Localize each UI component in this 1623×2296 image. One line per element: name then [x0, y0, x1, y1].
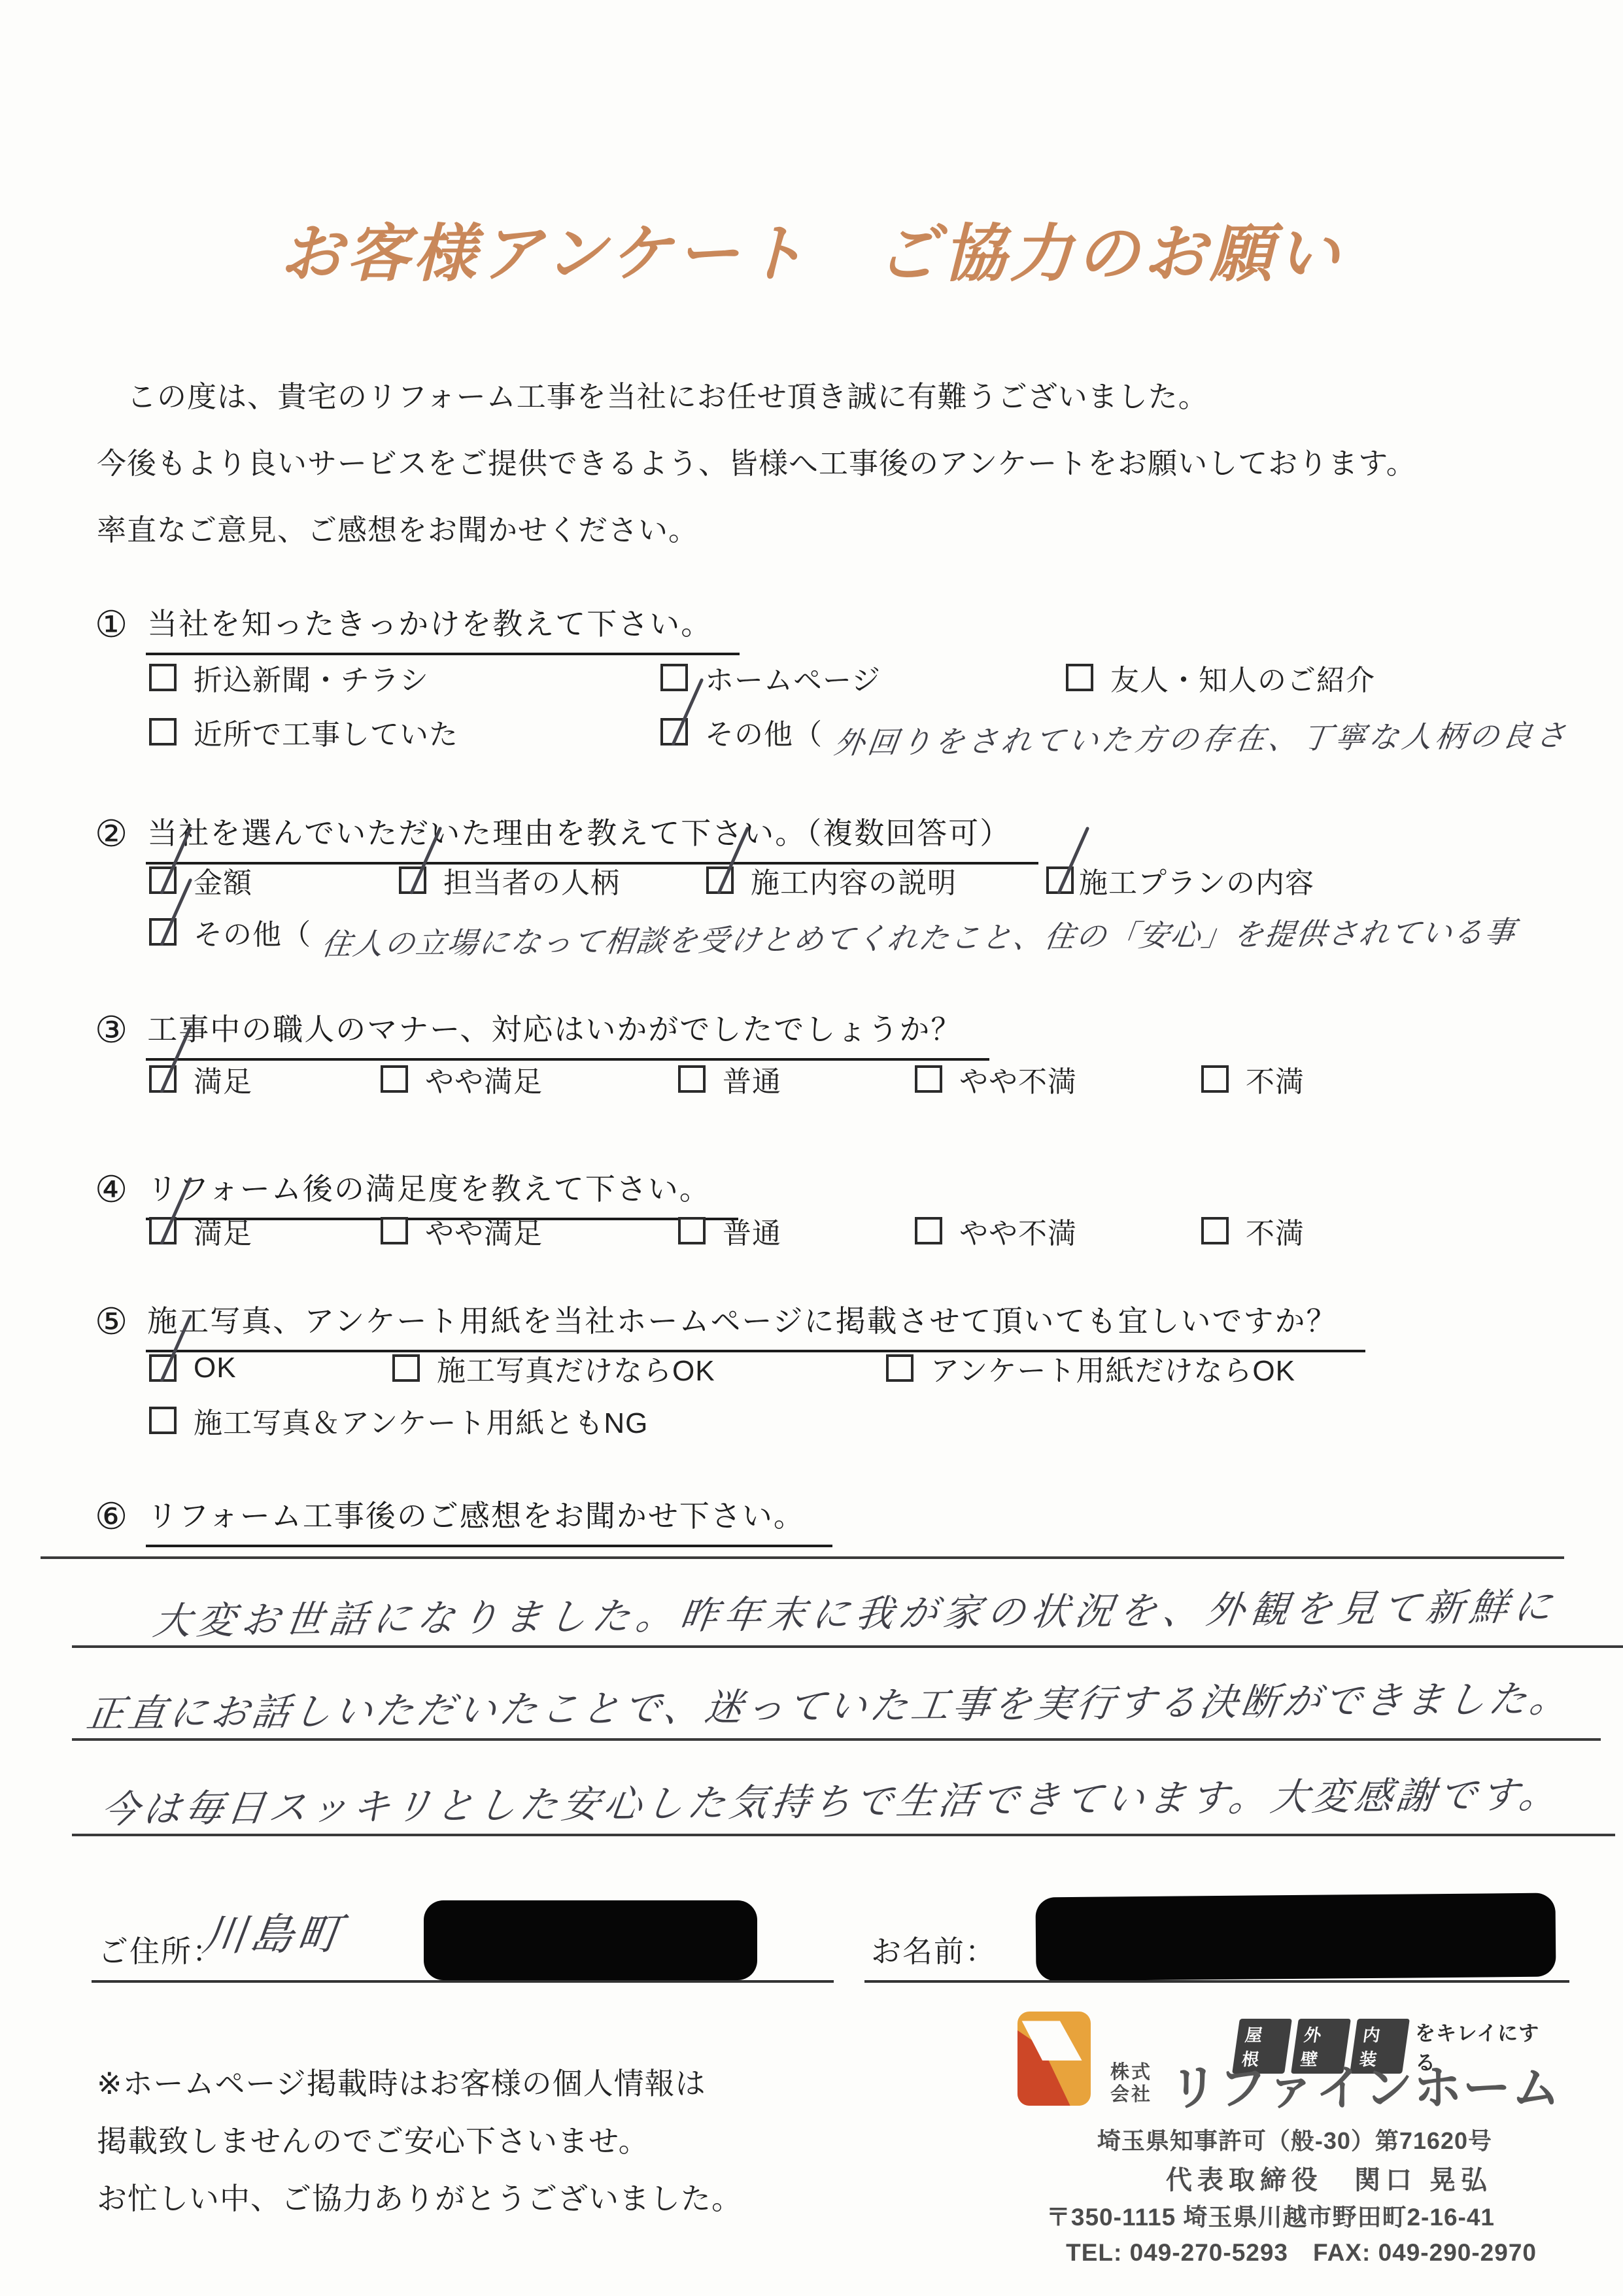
address-underline — [92, 1980, 834, 1983]
question-5-options-row-2: 施工写真＆アンケート用紙ともNG — [149, 1399, 648, 1441]
checkbox-q4-neutral — [678, 1217, 706, 1244]
checkbox-q2-staff — [399, 866, 426, 894]
question-1-number: ① — [95, 603, 128, 646]
option-q4-neutral: 普通 — [678, 1210, 915, 1252]
intro-line-1: この度は、貴宅のリフォーム工事を当社にお任せ頂き誠に有難うございました。 — [97, 364, 1575, 430]
handwritten-address: 川島町 — [199, 1899, 349, 1962]
corporation-prefix: 株式 会社 — [1110, 2061, 1152, 2106]
option-label: その他（ — [705, 711, 823, 753]
company-postal-address: 〒350-1115 埼玉県川越市野田町2-16-41 — [1006, 2197, 1560, 2233]
question-5-header: ⑤施工写真、アンケート用紙を当社ホームページに掲載させて頂いても宜しいですか？ — [95, 1297, 1365, 1352]
option-q2-staff: 担当者の人柄 — [399, 859, 706, 901]
handwritten-feedback-2: 正直にお話しいただいたことで、迷っていた工事を実行する決断ができました。 — [84, 1668, 1575, 1738]
option-label: やや不満 — [959, 1210, 1077, 1252]
option-label: 近所で工事していた — [194, 711, 458, 753]
option-q4-somewhat-dissatisfied: やや不満 — [915, 1210, 1201, 1252]
feedback-line-2: 正直にお話しいただいたことで、迷っていた工事を実行する決断ができました。 — [72, 1649, 1601, 1741]
handwritten-answer-q1: 外回りをされていた方の存在、丁寧な人柄の良さ — [832, 711, 1572, 762]
option-label: アンケート用紙だけならOK — [931, 1347, 1295, 1389]
checkbox-q1-other — [660, 718, 688, 745]
option-q5-ok: OK — [149, 1352, 392, 1384]
option-label: 友人・知人のご紹介 — [1110, 657, 1375, 698]
option-q4-dissatisfied: 不満 — [1201, 1210, 1305, 1252]
option-label: 不満 — [1246, 1058, 1305, 1100]
question-3-header: ③工事中の職人のマナー、対応はいかがでしたでしょうか？ — [95, 1006, 989, 1061]
checkbox-q4-dissatisfied — [1201, 1217, 1229, 1244]
option-q2-explanation: 施工内容の説明 — [706, 859, 1046, 901]
checkbox-q4-somewhat-dissatisfied — [915, 1217, 942, 1244]
option-label: 不満 — [1246, 1210, 1305, 1252]
name-underline — [864, 1980, 1569, 1983]
option-label: やや不満 — [959, 1058, 1077, 1100]
address-redaction-box — [424, 1900, 757, 1980]
intro-line-2: 今後もより良いサービスをご提供できるよう、皆様へ工事後のアンケートをお願いしてお… — [97, 430, 1575, 497]
option-q5-both-ng: 施工写真＆アンケート用紙ともNG — [149, 1399, 648, 1441]
option-label: 担当者の人柄 — [443, 859, 620, 901]
name-label: お名前： — [871, 1928, 997, 1971]
option-q1-other: その他（ 外回りをされていた方の存在、丁寧な人柄の良さ — [660, 710, 1565, 753]
question-6-number: ⑥ — [95, 1495, 128, 1538]
privacy-note: ※ホームページ掲載時はお客様の個人情報は 掲載致しませんのでご安心下さいませ。 … — [97, 2055, 742, 2227]
option-q4-satisfied: 満足 — [149, 1210, 381, 1252]
option-label: 折込新聞・チラシ — [194, 657, 429, 698]
option-q5-survey-only: アンケート用紙だけならOK — [886, 1347, 1295, 1389]
option-label: やや満足 — [425, 1210, 543, 1252]
company-name: リファインホーム — [1169, 2049, 1561, 2119]
option-label: やや満足 — [425, 1058, 543, 1100]
option-q3-neutral: 普通 — [678, 1058, 915, 1100]
option-q3-somewhat-satisfied: やや満足 — [381, 1058, 678, 1100]
checkbox-q5-photos-only — [392, 1354, 420, 1382]
question-2-title: 当社を選んでいただいた理由を教えて下さい。（複数回答可） — [146, 810, 1038, 865]
checkbox-q5-both-ng — [149, 1407, 177, 1434]
option-q3-dissatisfied: 不満 — [1201, 1058, 1305, 1100]
question-3-title: 工事中の職人のマナー、対応はいかがでしたでしょうか？ — [146, 1006, 989, 1061]
option-q2-price: 金額 — [149, 859, 399, 901]
page-title: お客様アンケート ご協力のお願い — [0, 204, 1623, 294]
survey-scan-page: お客様アンケート ご協力のお願い この度は、貴宅のリフォーム工事を当社にお任せ頂… — [0, 0, 1623, 2296]
checkbox-q5-survey-only — [886, 1354, 914, 1382]
feedback-line-3: 今は毎日スッキリとした安心した気持ちで生活できています。大変感謝です。 — [72, 1741, 1615, 1836]
question-2-number: ② — [95, 812, 128, 855]
answer-rule-line — [41, 1556, 1564, 1559]
name-redaction-box — [1035, 1893, 1556, 1981]
option-q3-somewhat-dissatisfied: やや不満 — [915, 1058, 1201, 1100]
option-q3-satisfied: 満足 — [149, 1058, 381, 1100]
checkbox-q4-satisfied — [149, 1217, 177, 1244]
option-q1-flyer: 折込新聞・チラシ — [149, 657, 660, 698]
checkbox-q3-dissatisfied — [1201, 1065, 1229, 1093]
question-3-options-row: 満足 やや満足 普通 やや不満 不満 — [149, 1058, 1305, 1100]
checkbox-q1-flyer — [149, 664, 177, 691]
option-label: 施工写真だけならOK — [437, 1347, 715, 1389]
question-5-number: ⑤ — [95, 1300, 128, 1343]
question-3-number: ③ — [95, 1008, 128, 1052]
question-5-options-row-1: OK 施工写真だけならOK アンケート用紙だけならOK — [149, 1347, 1295, 1389]
option-label: 普通 — [723, 1210, 781, 1252]
privacy-note-line-1: ※ホームページ掲載時はお客様の個人情報は — [97, 2055, 742, 2112]
privacy-note-line-3: お忙しい中、ご協力ありがとうございました。 — [97, 2170, 742, 2227]
option-label: 施工内容の説明 — [751, 859, 957, 901]
checkbox-q3-satisfied — [149, 1065, 177, 1093]
option-label: 普通 — [723, 1058, 781, 1100]
option-label: 施工写真＆アンケート用紙ともNG — [194, 1399, 648, 1441]
corporation-prefix-line-2: 会社 — [1110, 2083, 1152, 2106]
privacy-note-line-2: 掲載致しませんのでご安心下さいませ。 — [97, 2112, 742, 2170]
corporation-prefix-line-1: 株式 — [1110, 2061, 1152, 2083]
option-label: OK — [194, 1352, 237, 1384]
checkbox-q3-somewhat-satisfied — [381, 1065, 408, 1093]
option-label: 金額 — [194, 859, 252, 901]
checkbox-q1-referral — [1066, 664, 1093, 691]
question-1-options-row-2: 近所で工事していた その他（ 外回りをされていた方の存在、丁寧な人柄の良さ — [149, 710, 1565, 753]
handwritten-answer-q2: 住人の立場になって相談を受けとめてくれたこと、住の「安心」を提供されている事 — [319, 908, 1519, 964]
question-2-header: ②当社を選んでいただいた理由を教えて下さい。（複数回答可） — [95, 810, 1038, 865]
question-5-title: 施工写真、アンケート用紙を当社ホームページに掲載させて頂いても宜しいですか？ — [146, 1297, 1365, 1352]
company-tel-fax: TEL: 049-270-5293 FAX: 049-290-2970 — [1006, 2233, 1560, 2268]
option-q5-photos-only: 施工写真だけならOK — [392, 1347, 886, 1389]
feedback-line-1: 大変お世話になりました。昨年末に我が家の状況を、外観を見て新鮮に — [72, 1560, 1623, 1648]
refine-home-logo-icon — [1017, 2012, 1091, 2106]
intro-paragraph: この度は、貴宅のリフォーム工事を当社にお任せ頂き誠に有難うございました。 今後も… — [97, 364, 1575, 564]
question-1-options-row-1: 折込新聞・チラシ ホームページ 友人・知人のご紹介 — [149, 657, 1375, 698]
question-1-title: 当社を知ったきっかけを教えて下さい。 — [146, 600, 740, 655]
option-label: 満足 — [194, 1210, 252, 1252]
question-1-header: ①当社を知ったきっかけを教えて下さい。 — [95, 600, 740, 655]
question-2-options-row-2: その他（ 住人の立場になって相談を受けとめてくれたこと、住の「安心」を提供されて… — [149, 910, 1512, 953]
option-q2-other: その他（ 住人の立場になって相談を受けとめてくれたこと、住の「安心」を提供されて… — [149, 910, 1512, 953]
company-info-block: 屋根 外壁 内装 をキレイにする 株式 会社 リファインホーム 埼玉県知事許可（… — [1006, 1995, 1560, 2276]
option-q2-plan: 施工プランの内容 — [1046, 859, 1314, 901]
checkbox-q1-nearby — [149, 718, 177, 745]
checkbox-q2-plan — [1046, 866, 1074, 894]
company-license: 埼玉県知事許可（般-30）第71620号 — [1006, 2123, 1560, 2156]
company-representative: 代表取締役 関口 晃弘 — [1006, 2159, 1560, 2197]
option-q4-somewhat-satisfied: やや満足 — [381, 1210, 678, 1252]
checkbox-q2-explanation — [706, 866, 734, 894]
checkbox-q4-somewhat-satisfied — [381, 1217, 408, 1244]
option-q1-nearby: 近所で工事していた — [149, 711, 660, 753]
option-label: その他（ — [194, 911, 311, 953]
checkbox-q3-somewhat-dissatisfied — [915, 1065, 942, 1093]
checkbox-q3-neutral — [678, 1065, 706, 1093]
checkbox-q1-homepage — [660, 664, 688, 691]
question-6-title: リフォーム工事後のご感想をお聞かせ下さい。 — [146, 1492, 832, 1547]
checkbox-q2-other — [149, 918, 177, 946]
handwritten-feedback-1: 大変お世話になりました。昨年末に我が家の状況を、外観を見て新鮮に — [150, 1576, 1562, 1645]
question-2-options-row-1: 金額 担当者の人柄 施工内容の説明 施工プランの内容 — [149, 859, 1314, 901]
handwritten-feedback-3: 今は毎日スッキリとした安心した気持ちで生活できています。大変感謝です。 — [98, 1764, 1565, 1834]
option-q1-homepage: ホームページ — [660, 657, 1066, 698]
option-label: 満足 — [194, 1058, 252, 1100]
question-4-options-row: 満足 やや満足 普通 やや不満 不満 — [149, 1210, 1305, 1252]
question-4-number: ④ — [95, 1168, 128, 1211]
intro-line-3: 率直なご意見、ご感想をお聞かせください。 — [97, 497, 1575, 564]
checkbox-q5-ok — [149, 1354, 177, 1382]
question-6-header: ⑥リフォーム工事後のご感想をお聞かせ下さい。 — [95, 1492, 832, 1547]
option-label: 施工プランの内容 — [1079, 859, 1314, 901]
checkbox-q2-price — [149, 866, 177, 894]
option-q1-referral: 友人・知人のご紹介 — [1066, 657, 1375, 698]
option-label: ホームページ — [705, 657, 881, 698]
